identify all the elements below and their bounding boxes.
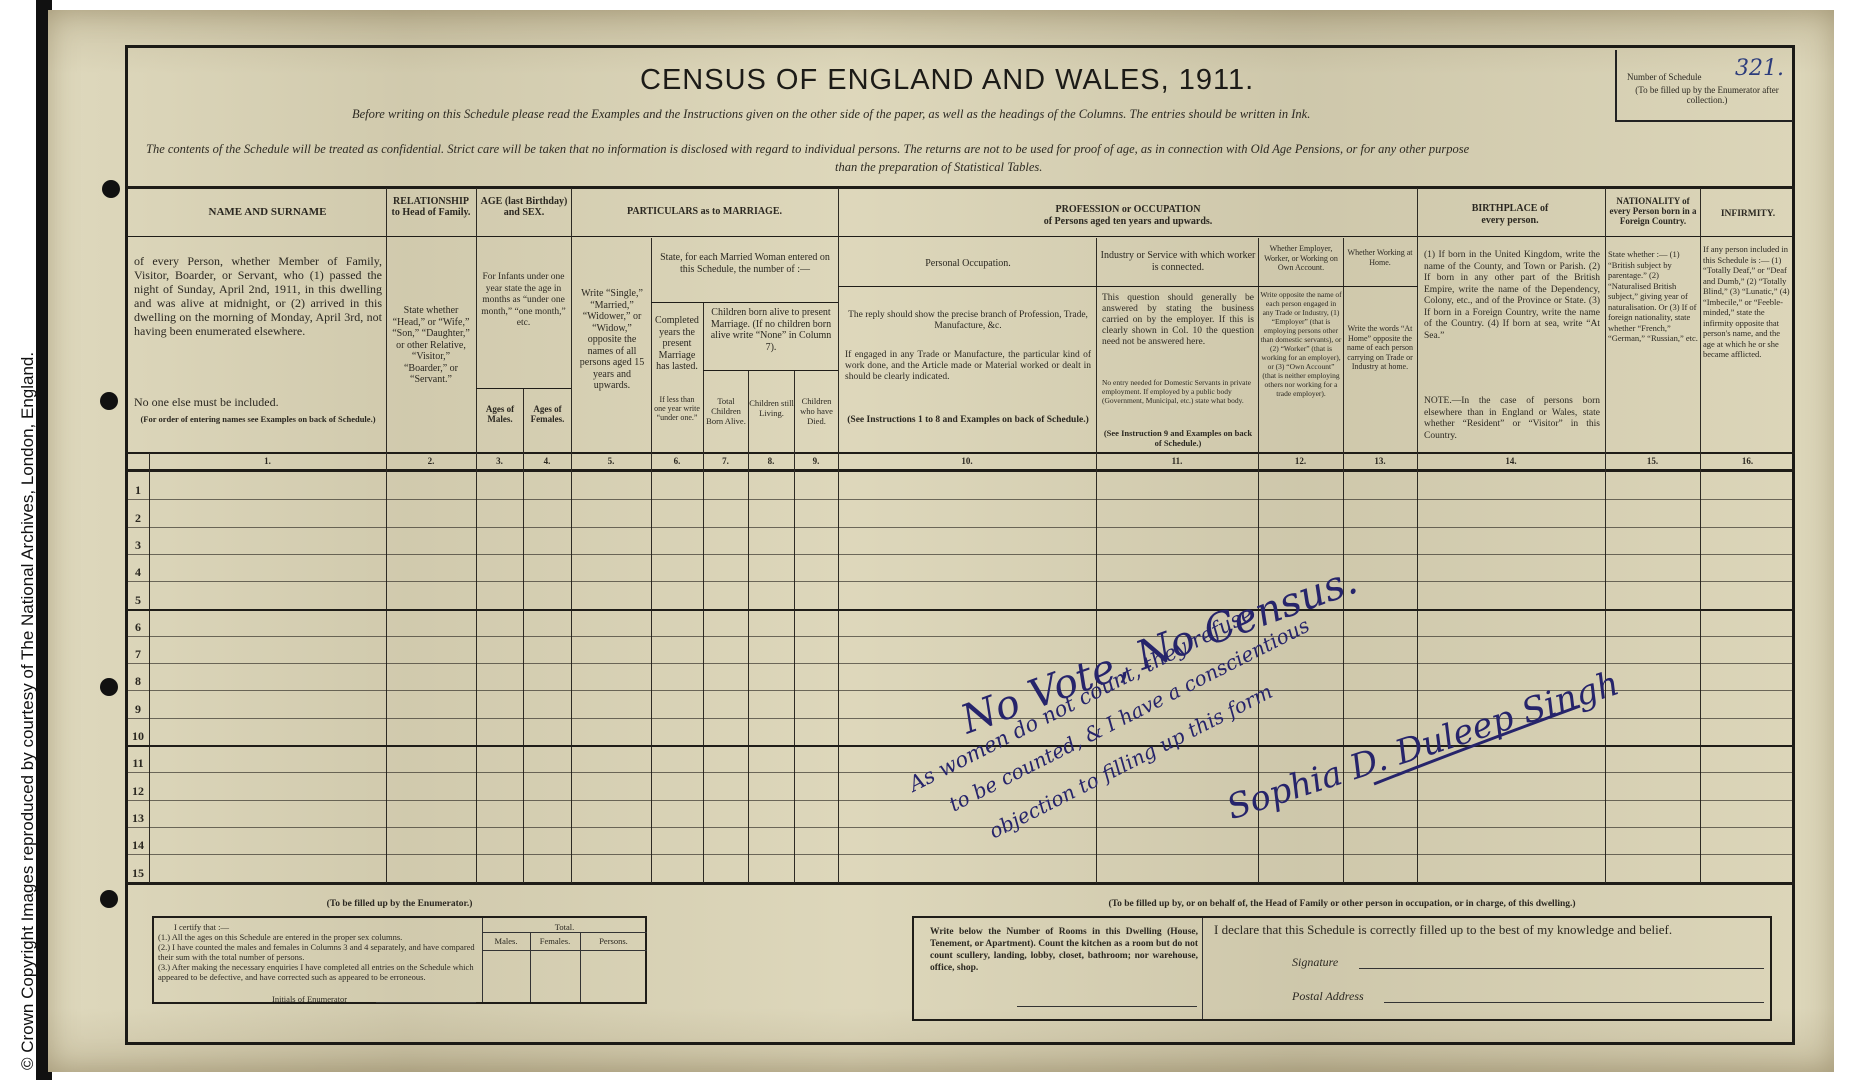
nationality-heading: NATIONALITY of every Person born in a Fo… [1607, 196, 1699, 226]
table-row[interactable] [150, 636, 1794, 663]
postal-address-label: Postal Address [1292, 990, 1364, 1003]
ages-of-females-label: Ages of Females. [525, 404, 570, 424]
table-row[interactable] [150, 581, 1794, 608]
industry-instructions: This question should generally be answer… [1102, 293, 1254, 348]
table-row[interactable] [150, 554, 1794, 581]
total-males-label: Males. [482, 936, 530, 946]
subheader-rule [651, 302, 838, 303]
table-row-number: 10 [128, 729, 148, 744]
postal-address-field[interactable] [1384, 1002, 1764, 1003]
table-row-number: 1 [128, 483, 148, 498]
column-number: 4. [523, 456, 571, 466]
enumerator-certify: I certify that :— [174, 922, 229, 932]
total-children-label: Total Children Born Alive. [704, 396, 748, 426]
column-number: 16. [1700, 456, 1795, 466]
age-heading: AGE (last Birthday) and SEX. [478, 196, 570, 218]
column-number: 10. [838, 456, 1096, 466]
personal-occupation-trade: If engaged in any Trade or Manufacture, … [845, 350, 1091, 383]
subheader-rule [476, 388, 571, 389]
enumerator-initials-label: Initials of Enumerator [272, 994, 347, 1004]
table-row-number: 13 [128, 811, 148, 826]
declaration-text: I declare that this Schedule is correctl… [1214, 924, 1764, 937]
birthplace-note: NOTE.—In the case of persons born elsewh… [1424, 396, 1600, 442]
total-females-label: Females. [530, 936, 580, 946]
marriage-years-label: Completed years the present Marriage has… [653, 315, 701, 373]
table-row[interactable] [150, 827, 1794, 854]
employer-label: Whether Employer, Worker, or Working on … [1260, 244, 1342, 273]
children-living-label: Children still Living. [749, 398, 794, 418]
column-number-rule [127, 452, 1795, 454]
relationship-instructions: State whether “Head,” or “Wife,” “Son,” … [390, 305, 472, 386]
binding-hole [100, 678, 118, 696]
enumerator-item-1: (1.) All the ages on this Schedule are e… [158, 932, 478, 942]
column-number: 14. [1417, 456, 1605, 466]
signature-field[interactable] [1359, 968, 1764, 969]
table-row-number: 8 [128, 674, 148, 689]
totals-rule [482, 950, 647, 951]
enumerator-item-3: (3.) After making the necessary enquirie… [158, 962, 478, 982]
total-persons-label: Persons. [580, 936, 647, 946]
table-bottom-rule [127, 882, 1795, 885]
binding-hole [100, 890, 118, 908]
head-of-family-caption: (To be filled up by, or on behalf of, th… [912, 898, 1772, 911]
industry-see: (See Instruction 9 and Examples on back … [1102, 428, 1254, 448]
ages-of-males-label: Ages of Males. [478, 404, 522, 424]
occupation-heading: PROFESSION or OCCUPATION [840, 204, 1416, 217]
rooms-instructions: Write below the Number of Rooms in this … [930, 926, 1198, 974]
copyright-notice: © Crown Copyright Images reproduced by c… [18, 352, 38, 1070]
confidential-text-2: than the preparation of Statistical Tabl… [835, 160, 1042, 175]
column-number: 1. [149, 456, 386, 466]
marriage-years-note: If less than one year write “under one.” [653, 395, 701, 422]
age-instructions: For Infants under one year state the age… [476, 272, 571, 330]
table-row-number: 4 [128, 565, 148, 580]
table-row[interactable] [150, 499, 1794, 526]
column-number: 9. [794, 456, 838, 466]
column-number: 5. [571, 456, 651, 466]
infirmity-instructions: If any person included in this Schedule … [1703, 244, 1793, 360]
enumerator-box: I certify that :— (1.) All the ages on t… [152, 916, 647, 1004]
table-row-number: 14 [128, 838, 148, 853]
column-number: 12. [1258, 456, 1343, 466]
initials-line[interactable] [376, 1002, 476, 1003]
column-number: 3. [476, 456, 523, 466]
home-instructions: Write the words “At Home” opposite the n… [1345, 324, 1415, 372]
personal-occupation-label: Personal Occupation. [840, 258, 1096, 271]
subheader-rule [1258, 286, 1418, 287]
column-number: 11. [1096, 456, 1258, 466]
column-number: 13. [1343, 456, 1417, 466]
table-row-number: 15 [128, 866, 148, 881]
marriage-heading: PARTICULARS as to MARRIAGE. [573, 206, 836, 219]
table-row[interactable] [150, 609, 1794, 636]
header-rule [127, 236, 1795, 237]
table-row-number: 2 [128, 511, 148, 526]
table-row-number: 11 [128, 756, 148, 771]
relationship-heading: RELATIONSHIP to Head of Family. [388, 196, 474, 218]
table-top-rule [127, 186, 1795, 189]
table-row[interactable] [150, 527, 1794, 554]
table-row-number: 7 [128, 647, 148, 662]
table-row[interactable] [150, 472, 1794, 499]
employer-instructions: Write opposite the name of each person e… [1260, 290, 1342, 398]
table-row-number: 6 [128, 620, 148, 635]
subheader-rule [838, 286, 1258, 287]
table-row-number: 12 [128, 784, 148, 799]
signature-underline [1370, 700, 1590, 790]
confidential-text: The contents of the Schedule will be tre… [146, 142, 1469, 157]
rooms-count-field[interactable] [1017, 1006, 1197, 1007]
birthplace-heading: BIRTHPLACE of every person. [1460, 203, 1560, 227]
schedule-number-box: Number of Schedule 321. (To be filled up… [1615, 50, 1793, 122]
instruction-text: Before writing on this Schedule please r… [352, 107, 1310, 122]
table-row-number: 9 [128, 702, 148, 717]
table-row[interactable] [150, 854, 1794, 881]
copyright-strip: © Crown Copyright Images reproduced by c… [0, 0, 36, 1080]
personal-occupation-instructions: The reply should show the precise branch… [845, 310, 1091, 332]
married-woman-instructions: State, for each Married Woman entered on… [655, 252, 835, 276]
column-number: 6. [651, 456, 703, 466]
nationality-instructions: State whether :— (1) “British subject by… [1608, 249, 1698, 344]
name-note: No one else must be included. [134, 396, 382, 409]
children-died-label: Children who have Died. [795, 396, 838, 426]
column-number: 2. [386, 456, 476, 466]
name-order-note: (For order of entering names see Example… [134, 414, 382, 424]
birthplace-instructions: (1) If born in the United Kingdom, write… [1424, 250, 1600, 342]
column-number: 15. [1605, 456, 1700, 466]
column-number: 8. [748, 456, 794, 466]
table-row-number: 3 [128, 538, 148, 553]
column-number: 7. [703, 456, 748, 466]
marriage-condition-instructions: Write “Single,” “Married,” “Widower,” or… [575, 288, 649, 392]
binding-hole [100, 392, 118, 410]
totals-rule [482, 932, 647, 933]
enumerator-item-2: (2.) I have counted the males and female… [158, 942, 478, 962]
industry-label: Industry or Service with which worker is… [1100, 250, 1256, 273]
head-of-family-box: Write below the Number of Rooms in this … [912, 916, 1772, 1021]
infirmity-heading: INFIRMITY. [1702, 208, 1794, 221]
schedule-number-value[interactable]: 321. [1735, 56, 1784, 81]
schedule-number-note: (To be filled up by the Enumerator after… [1623, 85, 1791, 105]
signature-label: Signature [1292, 956, 1338, 969]
subheader-rule [703, 370, 838, 371]
schedule-number-label: Number of Schedule [1627, 72, 1701, 82]
name-instructions: of every Person, whether Member of Famil… [134, 254, 382, 338]
page-title: CENSUS OF ENGLAND AND WALES, 1911. [640, 64, 1254, 97]
industry-domestic-note: No entry needed for Domestic Servants in… [1102, 378, 1254, 405]
name-heading: NAME AND SURNAME [149, 206, 386, 219]
total-label: Total. [482, 922, 647, 932]
totals-divider [530, 932, 531, 1002]
table-row-number: 5 [128, 593, 148, 608]
binding-hole [102, 180, 120, 198]
totals-divider [580, 932, 581, 1002]
enumerator-caption: (To be filled up by the Enumerator.) [152, 898, 647, 911]
personal-occupation-see: (See Instructions 1 to 8 and Examples on… [845, 415, 1091, 426]
occupation-subheading: of Persons aged ten years and upwards. [840, 216, 1416, 229]
box-divider [1202, 918, 1203, 1019]
home-label: Whether Working at Home. [1345, 248, 1415, 267]
children-heading: Children born alive to present Marriage.… [706, 307, 836, 353]
